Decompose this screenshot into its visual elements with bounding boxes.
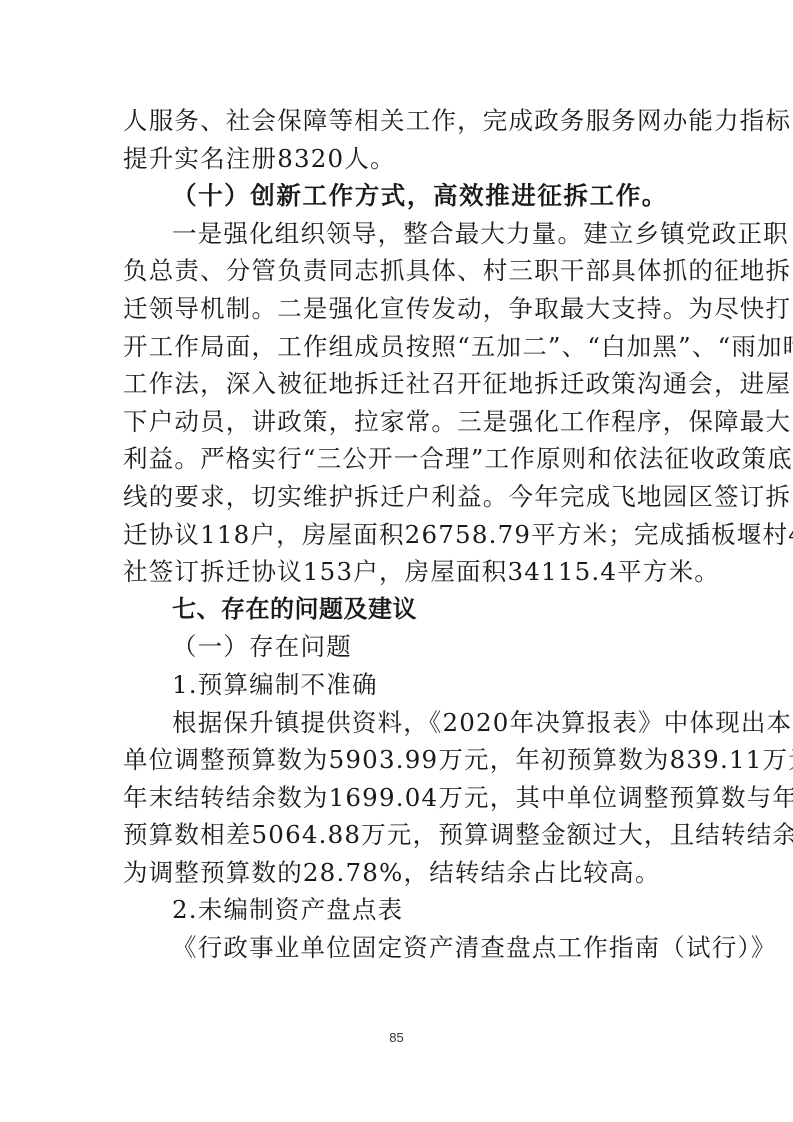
item-heading-2: 2.未编制资产盘点表 [123, 891, 675, 929]
paragraph-line: 迁领导机制。二是强化宣传发动，争取最大支持。为尽快打 [123, 290, 675, 328]
chapter-heading-7: 七、存在的问题及建议 [123, 591, 675, 629]
subsection-heading-1: （一）存在问题 [123, 628, 675, 666]
paragraph-line: 线的要求，切实维护拆迁户利益。今年完成飞地园区签订拆 [123, 478, 675, 516]
paragraph-line: 工作法，深入被征地拆迁社召开征地拆迁政策沟通会，进屋 [123, 365, 675, 403]
document-body: 人服务、社会保障等相关工作，完成政务服务网办能力指标 提升实名注册8320人。 … [123, 102, 675, 967]
paragraph-line: 预算数相差5064.88万元，预算调整金额过大，且结转结余率 [123, 816, 675, 854]
paragraph-line: 根据保升镇提供资料，《2020年决算报表》中体现出本 [123, 704, 675, 742]
item-heading-1: 1.预算编制不准确 [123, 666, 675, 704]
page-number: 85 [0, 1030, 793, 1045]
paragraph-line: 年末结转结余数为1699.04万元，其中单位调整预算数与年初 [123, 779, 675, 817]
paragraph-line: 提升实名注册8320人。 [123, 140, 675, 178]
paragraph-line: 社签订拆迁协议153户，房屋面积34115.4平方米。 [123, 553, 675, 591]
paragraph-line: 为调整预算数的28.78%，结转结余占比较高。 [123, 854, 675, 892]
paragraph-line: 迁协议118户，房屋面积26758.79平方米；完成插板堰村4、5 [123, 516, 675, 554]
paragraph-line: 开工作局面，工作组成员按照“五加二”、“白加黑”、“雨加晴” [123, 328, 675, 366]
paragraph-line: 单位调整预算数为5903.99万元，年初预算数为839.11万元， [123, 741, 675, 779]
paragraph-line: 负总责、分管负责同志抓具体、村三职干部具体抓的征地拆 [123, 252, 675, 290]
paragraph-line: 下户动员，讲政策，拉家常。三是强化工作程序，保障最大 [123, 403, 675, 441]
section-heading-10: （十）创新工作方式，高效推进征拆工作。 [123, 177, 675, 215]
paragraph-line: 利益。严格实行“三公开一合理”工作原则和依法征收政策底 [123, 440, 675, 478]
paragraph-line: 《行政事业单位固定资产清查盘点工作指南（试行）》 [123, 929, 675, 967]
paragraph-line: 人服务、社会保障等相关工作，完成政务服务网办能力指标 [123, 102, 675, 140]
paragraph-line: 一是强化组织领导，整合最大力量。建立乡镇党政正职 [123, 215, 675, 253]
